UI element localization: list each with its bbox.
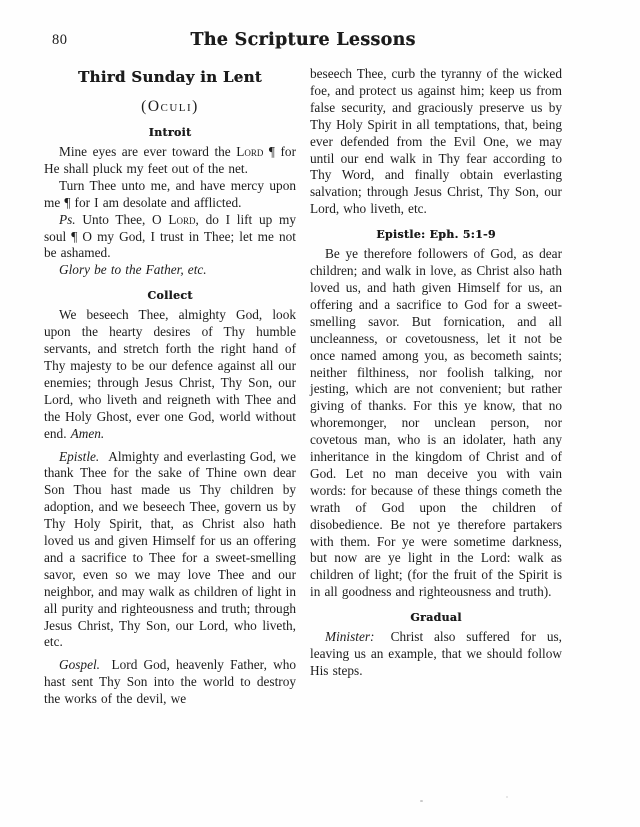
lord-smallcaps: Lord (168, 212, 195, 227)
minister-label: Minister: (325, 629, 375, 644)
running-title: The Scripture Lessons (44, 30, 562, 50)
text-segment: Unto Thee, O (76, 212, 169, 227)
amen-text: Amen. (71, 426, 105, 441)
latin-name: (Oculi) (44, 98, 296, 116)
introit-verse-1: Mine eyes are ever toward the Lord ¶ for… (44, 144, 296, 178)
right-column: beseech Thee, curb the tyranny of the wi… (310, 66, 562, 708)
gradual-text: Minister: Christ also suffered for us, l… (310, 629, 562, 680)
book-page: 80 The Scripture Lessons Third Sunday in… (0, 0, 640, 827)
gospel-prayer-continuation: beseech Thee, curb the tyranny of the wi… (310, 66, 562, 218)
scan-speckle (506, 796, 508, 798)
introit-heading: Introit (44, 126, 296, 139)
gradual-heading: Gradual (310, 611, 562, 624)
lord-smallcaps: Lord (236, 144, 263, 159)
psalm-abbrev: Ps. (59, 212, 76, 227)
sunday-heading: Third Sunday in Lent (44, 68, 296, 86)
gospel-label: Gospel. (59, 657, 100, 672)
introit-psalm: Ps. Unto Thee, O Lord, do I lift up my s… (44, 212, 296, 263)
epistle-reading-heading: Epistle: Eph. 5:1-9 (310, 228, 562, 241)
gloria-patri: Glory be to the Father, etc. (44, 262, 296, 279)
text-segment: Almighty and everlasting God, we thank T… (44, 449, 296, 650)
epistle-prayer: Epistle. Almighty and everlasting God, w… (44, 449, 296, 652)
epistle-label: Epistle. (59, 449, 99, 464)
epistle-reading-text: Be ye therefore followers of God, as dea… (310, 246, 562, 601)
text-columns: Third Sunday in Lent (Oculi) Introit Min… (0, 54, 640, 708)
gospel-prayer: Gospel. Lord God, heavenly Father, who h… (44, 657, 296, 708)
text-segment: Mine eyes are ever toward the (59, 144, 236, 159)
scan-speckle (420, 800, 423, 802)
left-column: Third Sunday in Lent (Oculi) Introit Min… (44, 66, 296, 708)
page-number: 80 (52, 32, 68, 49)
introit-verse-2: Turn Thee unto me, and have mercy upon m… (44, 178, 296, 212)
text-segment: We beseech Thee, almighty God, look upon… (44, 307, 296, 440)
collect-heading: Collect (44, 289, 296, 302)
collect-text: We beseech Thee, almighty God, look upon… (44, 307, 296, 442)
page-header: 80 The Scripture Lessons (0, 0, 640, 54)
